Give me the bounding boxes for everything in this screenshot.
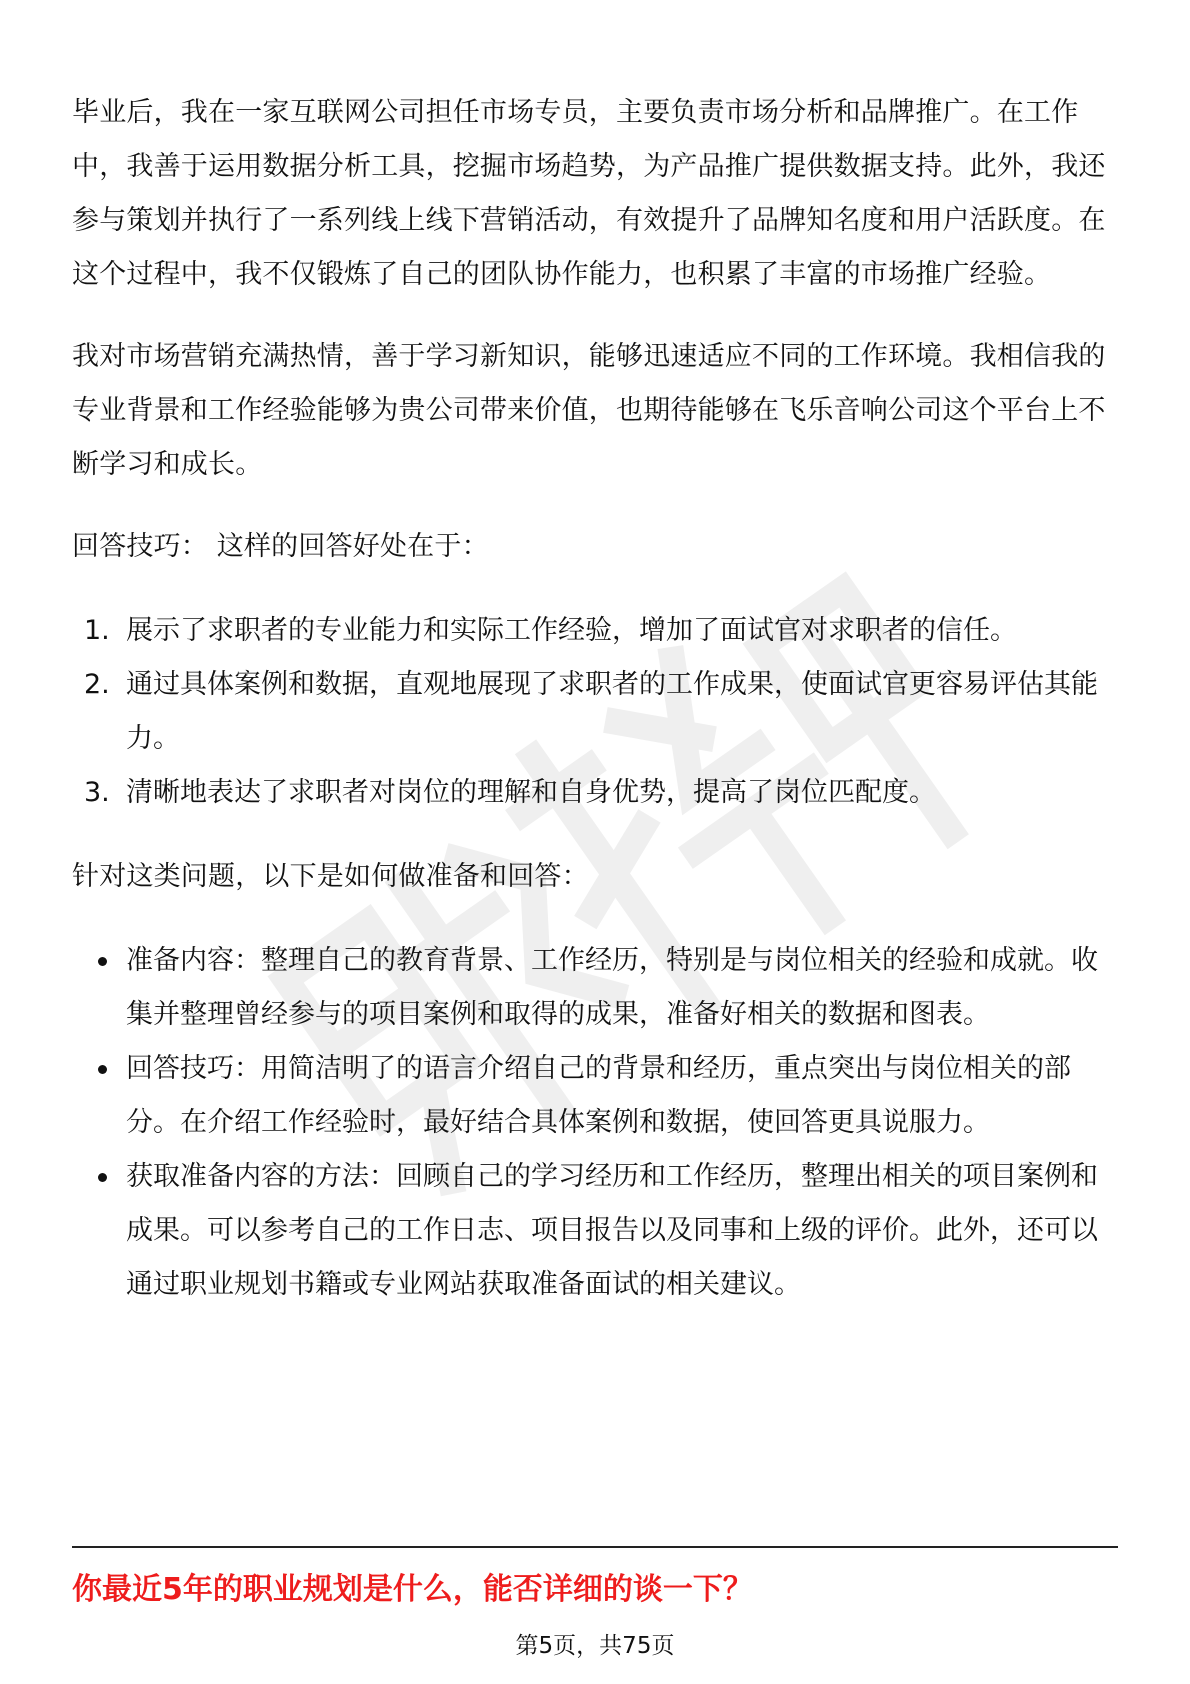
list-item-text: 通过具体案例和数据，直观地展现了求职者的工作成果，使面试官更容易评估其能力。 [126, 669, 1098, 754]
next-question-title: 你最近5年的职业规划是什么，能否详细的谈一下？ [72, 1570, 753, 1610]
list-item: 准备内容：整理自己的教育背景、工作经历，特别是与岗位相关的经验和成就。收集并整理… [72, 934, 1122, 1042]
paragraph-motivation: 我对市场营销充满热情，善于学习新知识，能够迅速适应不同的工作环境。我相信我的专业… [72, 330, 1122, 492]
list-item-text: 获取准备内容的方法：回顾自己的学习经历和工作经历，整理出相关的项目案例和成果。可… [126, 1161, 1098, 1300]
section-divider [72, 1546, 1118, 1548]
tips-heading: 回答技巧： 这样的回答好处在于： [72, 520, 1122, 574]
list-item-text: 清晰地表达了求职者对岗位的理解和自身优势，提高了岗位匹配度。 [126, 777, 936, 808]
list-number: 2. [84, 658, 110, 712]
list-number: 1. [84, 604, 110, 658]
bullet-icon [98, 957, 107, 966]
list-item-text: 回答技巧：用简洁明了的语言介绍自己的背景和经历，重点突出与岗位相关的部分。在介绍… [126, 1053, 1071, 1138]
prep-heading: 针对这类问题，以下是如何做准备和回答： [72, 850, 1122, 904]
page-number: 第5页，共75页 [0, 1631, 1190, 1661]
bullet-icon [98, 1173, 107, 1182]
list-item: 2. 通过具体案例和数据，直观地展现了求职者的工作成果，使面试官更容易评估其能力… [72, 658, 1122, 766]
benefits-list: 1. 展示了求职者的专业能力和实际工作经验，增加了面试官对求职者的信任。 2. … [72, 604, 1122, 820]
list-item-text: 展示了求职者的专业能力和实际工作经验，增加了面试官对求职者的信任。 [126, 615, 1017, 646]
document-body: 毕业后，我在一家互联网公司担任市场专员，主要负责市场分析和品牌推广。在工作中，我… [72, 86, 1122, 1312]
document-page: 毕业后，我在一家互联网公司担任市场专员，主要负责市场分析和品牌推广。在工作中，我… [0, 0, 1190, 1684]
list-number: 3. [84, 766, 110, 820]
list-item: 回答技巧：用简洁明了的语言介绍自己的背景和经历，重点突出与岗位相关的部分。在介绍… [72, 1042, 1122, 1150]
prep-list: 准备内容：整理自己的教育背景、工作经历，特别是与岗位相关的经验和成就。收集并整理… [72, 934, 1122, 1312]
list-item: 3. 清晰地表达了求职者对岗位的理解和自身优势，提高了岗位匹配度。 [72, 766, 1122, 820]
paragraph-work-experience: 毕业后，我在一家互联网公司担任市场专员，主要负责市场分析和品牌推广。在工作中，我… [72, 86, 1122, 302]
bullet-icon [98, 1065, 107, 1074]
list-item-text: 准备内容：整理自己的教育背景、工作经历，特别是与岗位相关的经验和成就。收集并整理… [126, 945, 1098, 1030]
list-item: 获取准备内容的方法：回顾自己的学习经历和工作经历，整理出相关的项目案例和成果。可… [72, 1150, 1122, 1312]
list-item: 1. 展示了求职者的专业能力和实际工作经验，增加了面试官对求职者的信任。 [72, 604, 1122, 658]
